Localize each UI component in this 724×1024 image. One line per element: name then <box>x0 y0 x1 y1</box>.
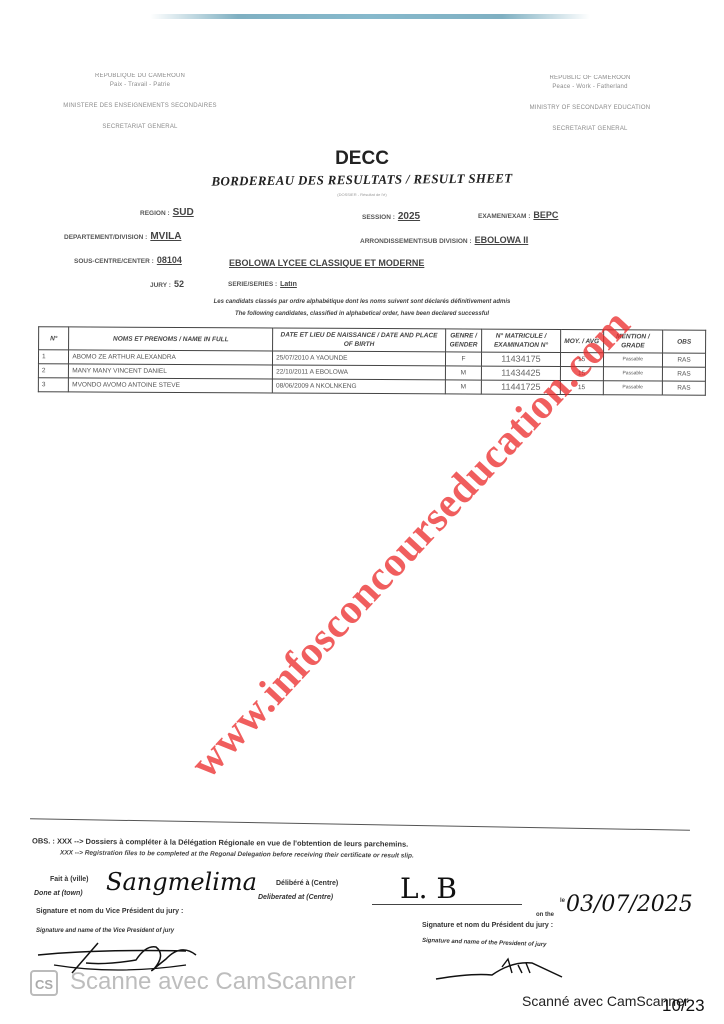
serie-field: SERIE/SERIES :Latin <box>228 281 297 288</box>
region-label: REGION : <box>140 210 170 217</box>
session-field: SESSION :2025 <box>362 211 420 222</box>
header-right-line3: MINISTRY OF SECONDARY EDUCATION <box>505 104 675 113</box>
row-name: ABOMO ZE ARTHUR ALEXANDRA <box>69 350 273 365</box>
delibere-label: Délibéré à (Centre) <box>276 880 338 887</box>
region-field: REGION :SUD <box>140 207 194 218</box>
row-number: 3 <box>38 378 68 392</box>
president-signature-label-en: Signature and name of the President of j… <box>422 938 546 948</box>
departement-label: DEPARTEMENT/DIVISION : <box>64 234 147 241</box>
centre-name-field: EBOLOWA LYCEE CLASSIQUE ET MODERNE <box>229 258 424 268</box>
obs-note-english: XXX --> Registration files to be complet… <box>60 849 414 859</box>
row-birth: 25/07/2010 A YAOUNDE <box>273 351 446 366</box>
serie-label: SERIE/SERIES : <box>228 281 277 288</box>
table-row: 3 MVONDO AVOMO ANTOINE STEVE 08/06/2009 … <box>38 378 705 395</box>
col-number: N° <box>39 327 69 350</box>
session-value: 2025 <box>398 211 420 222</box>
header-left-line4: SECRETARIAT GENERAL <box>50 123 230 132</box>
session-label: SESSION : <box>362 214 395 221</box>
vp-signature-label-fr: Signature et nom du Vice Président du ju… <box>36 908 183 915</box>
row-birth: 08/06/2009 A NKOLNKENG <box>273 379 446 394</box>
delibere-handwritten: L. B <box>400 872 457 905</box>
president-signature <box>432 955 572 985</box>
header-right-line1: REPUBLIC OF CAMEROON <box>505 74 675 83</box>
document-subtitle-small: (DOSSIER - Résultat de l'é) <box>0 192 724 197</box>
row-name: MVONDO AVOMO ANTOINE STEVE <box>69 378 273 393</box>
departement-field: DEPARTEMENT/DIVISION :MVILA <box>64 231 181 242</box>
arrondissement-field: ARRONDISSEMENT/SUB DIVISION :EBOLOWA II <box>360 235 528 245</box>
col-name: NOMS ET PRENOMS / NAME IN FULL <box>69 327 273 351</box>
page-counter: 10/23 <box>662 996 705 1016</box>
arrondissement-label: ARRONDISSEMENT/SUB DIVISION : <box>360 238 472 245</box>
col-birth: DATE ET LIEU DE NAISSANCE / DATE AND PLA… <box>273 328 446 352</box>
deliberated-label: Deliberated at (Centre) <box>258 894 333 901</box>
exam-field: EXAMEN/EXAM :BEPC <box>478 210 558 220</box>
row-obs: RAS <box>662 367 705 381</box>
centre-field: SOUS-CENTRE/CENTER :08104 <box>74 255 182 265</box>
exam-label: EXAMEN/EXAM : <box>478 213 530 220</box>
camscanner-logo-icon: CS <box>30 970 58 996</box>
header-left-line1: REPUBLIQUE DU CAMEROUN <box>50 72 230 81</box>
jury-value: 52 <box>174 279 184 289</box>
fait-a-label: Fait à (ville) <box>50 876 89 883</box>
scan-top-edge <box>150 14 590 19</box>
obs-note-french: OBS. : XXX --> Dossiers à compléter à la… <box>32 836 408 848</box>
row-grade: Passable <box>603 381 663 395</box>
row-gender: M <box>445 366 482 380</box>
row-number: 1 <box>38 350 68 364</box>
row-birth: 22/10/2011 A EBOLOWA <box>273 365 446 380</box>
footer-divider <box>30 818 690 831</box>
on-the-label: on the <box>536 912 554 918</box>
header-left-line3: MINISTERE DES ENSEIGNEMENTS SECONDAIRES <box>50 102 230 111</box>
col-obs: OBS <box>663 330 706 353</box>
fait-a-handwritten: Sangmelima <box>106 868 257 896</box>
region-value: SUD <box>173 207 194 218</box>
header-right-line4: SECRETARIAT GENERAL <box>505 125 675 134</box>
centre-label: SOUS-CENTRE/CENTER : <box>74 258 154 265</box>
centre-name-value: EBOLOWA LYCEE CLASSIQUE ET MODERNE <box>229 258 424 268</box>
departement-value: MVILA <box>150 231 181 242</box>
le-label: le <box>560 898 565 904</box>
header-left-line2: Paix - Travail - Patrie <box>50 81 230 90</box>
document-subtitle: BORDEREAU DES RESULTATS / RESULT SHEET <box>0 168 724 192</box>
arrondissement-value: EBOLOWA II <box>475 235 529 245</box>
row-gender: F <box>445 352 482 366</box>
jury-label: JURY : <box>150 282 171 289</box>
vp-signature-label-en: Signature and name of the Vice President… <box>36 928 174 934</box>
document-title: DECC <box>0 148 724 170</box>
row-obs: RAS <box>662 381 705 395</box>
camscanner-watermark-large: Scanne avec CamScanner <box>70 968 356 996</box>
centre-code-value: 08104 <box>157 255 182 265</box>
header-right: REPUBLIC OF CAMEROON Peace - Work - Fath… <box>505 74 675 134</box>
intro-french: Les candidats classés par ordre alphabét… <box>0 299 724 305</box>
date-handwritten: 03/07/2025 <box>566 892 693 917</box>
header-right-line2: Peace - Work - Fatherland <box>505 83 675 92</box>
row-name: MANY MANY VINCENT DANIEL <box>69 364 273 379</box>
done-at-label: Done at (town) <box>34 890 83 897</box>
president-signature-label-fr: Signature et nom du Président du jury : <box>422 922 553 929</box>
header-left: REPUBLIQUE DU CAMEROUN Paix - Travail - … <box>50 72 230 132</box>
row-obs: RAS <box>663 353 706 367</box>
jury-field: JURY :52 <box>150 279 184 289</box>
col-gender: GENRE / GENDER <box>445 329 482 352</box>
exam-value: BEPC <box>533 210 558 220</box>
col-matricule: N° MATRICULE / EXAMINATION N° <box>482 329 561 352</box>
row-grade: Passable <box>603 367 663 381</box>
serie-value: Latin <box>280 281 297 288</box>
row-number: 2 <box>38 364 68 378</box>
row-gender: M <box>445 380 482 394</box>
